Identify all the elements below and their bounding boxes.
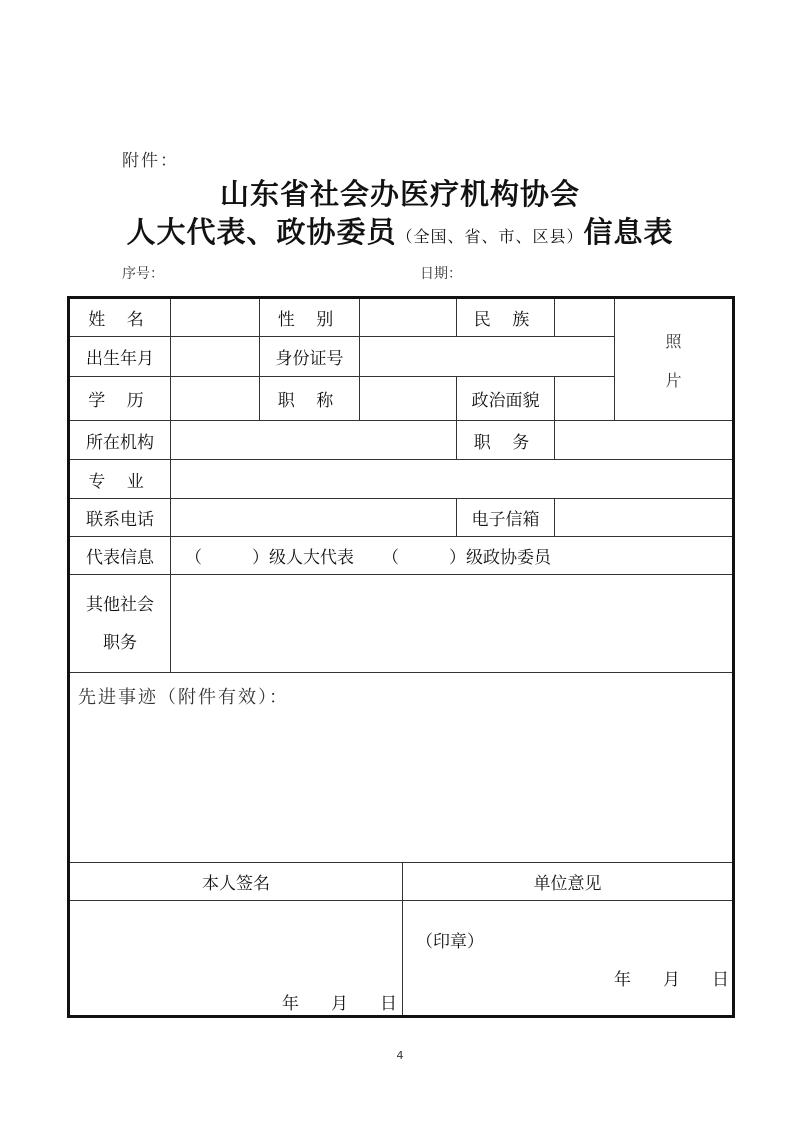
position-field[interactable] bbox=[555, 421, 732, 459]
representative-info-label: 代表信息 bbox=[70, 537, 170, 574]
advanced-deeds-field[interactable] bbox=[70, 709, 732, 861]
name-label: 姓 名 bbox=[70, 299, 170, 336]
photo-area[interactable]: 照 片 bbox=[615, 299, 732, 420]
representative-info-field: （ ）级人大代表 （ ）级政协委员 bbox=[171, 537, 732, 574]
signature-day: 日 bbox=[380, 994, 397, 1014]
page-number: 4 bbox=[0, 1049, 800, 1062]
info-form-table: 姓 名 性 别 民 族 照 片 出生年月 身份证号 学 历 职 称 政治面貌 所… bbox=[67, 296, 735, 1018]
attachment-label: 附件： bbox=[122, 146, 179, 171]
position-label: 职 务 bbox=[457, 421, 554, 459]
email-field[interactable] bbox=[555, 499, 732, 536]
title-label: 职 称 bbox=[260, 377, 359, 420]
photo-label-2: 片 bbox=[665, 368, 681, 391]
other-social-positions-label: 其他社会 职务 bbox=[70, 575, 170, 672]
ethnicity-label: 民 族 bbox=[457, 299, 554, 336]
birth-label: 出生年月 bbox=[70, 337, 170, 376]
title-main: 人大代表、政协委员 bbox=[126, 215, 396, 249]
advanced-deeds-label: 先进事迹（附件有效）： bbox=[78, 683, 289, 709]
unit-opinion-header: 单位意见 bbox=[403, 863, 732, 900]
signature-date: 年月日 bbox=[282, 989, 397, 1014]
date-label: 日期： bbox=[420, 263, 462, 283]
education-field[interactable] bbox=[171, 377, 259, 420]
signature-year: 年 bbox=[282, 994, 299, 1014]
cppcc-suffix: ）级政协委员 bbox=[449, 543, 551, 568]
unit-opinion-date: 年月日 bbox=[614, 965, 729, 990]
signature-header: 本人签名 bbox=[70, 863, 402, 900]
photo-label-1: 照 bbox=[665, 329, 681, 352]
ethnicity-field[interactable] bbox=[555, 299, 614, 336]
id-number-field[interactable] bbox=[360, 337, 614, 376]
other-social-label-line1: 其他社会 bbox=[86, 586, 154, 624]
title-scope: （全国、省、市、区县） bbox=[396, 227, 583, 246]
gender-label: 性 别 bbox=[260, 299, 359, 336]
major-field[interactable] bbox=[171, 460, 732, 498]
political-status-label: 政治面貌 bbox=[457, 377, 554, 420]
title-end: 信息表 bbox=[584, 215, 674, 249]
phone-field[interactable] bbox=[171, 499, 456, 536]
phone-label: 联系电话 bbox=[70, 499, 170, 536]
npc-open-paren: （ bbox=[185, 543, 202, 568]
major-label: 专 业 bbox=[70, 460, 170, 498]
other-social-positions-field[interactable] bbox=[171, 575, 732, 672]
npc-suffix: ）级人大代表 bbox=[252, 543, 354, 568]
serial-number-label: 序号： bbox=[122, 263, 164, 283]
row-line bbox=[70, 672, 732, 673]
other-social-label-line2: 职务 bbox=[103, 624, 137, 662]
birth-field[interactable] bbox=[171, 337, 259, 376]
title-field[interactable] bbox=[360, 377, 456, 420]
unit-month: 月 bbox=[663, 970, 680, 990]
signature-month: 月 bbox=[331, 994, 348, 1014]
email-label: 电子信箱 bbox=[457, 499, 554, 536]
political-status-field[interactable] bbox=[555, 377, 614, 420]
cppcc-open-paren: （ bbox=[382, 543, 399, 568]
institution-field[interactable] bbox=[171, 421, 456, 459]
education-label: 学 历 bbox=[70, 377, 170, 420]
gender-field[interactable] bbox=[360, 299, 456, 336]
id-number-label: 身份证号 bbox=[260, 337, 359, 376]
name-field[interactable] bbox=[171, 299, 259, 336]
unit-opinion-area[interactable] bbox=[403, 901, 732, 1015]
institution-label: 所在机构 bbox=[70, 421, 170, 459]
title-line-2: 人大代表、政协委员（全国、省、市、区县）信息表 bbox=[0, 210, 800, 251]
unit-year: 年 bbox=[614, 970, 631, 990]
seal-label: （印章） bbox=[416, 927, 484, 952]
unit-day: 日 bbox=[712, 970, 729, 990]
title-line-1: 山东省社会办医疗机构协会 bbox=[0, 172, 800, 213]
